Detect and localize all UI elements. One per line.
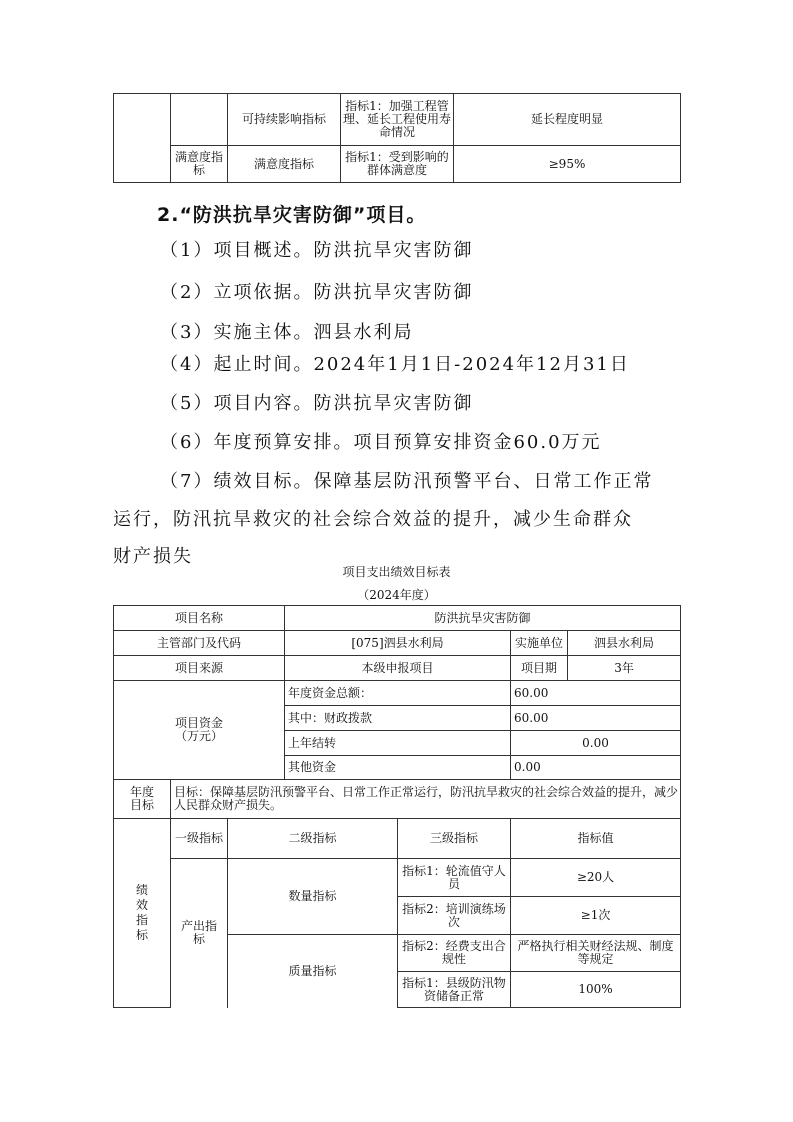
indicator-value: ≥1次 — [511, 897, 681, 935]
dept-label: 主管部门及代码 — [114, 631, 285, 656]
value-cell: ≥95% — [454, 146, 681, 183]
header-level1: 一级指标 — [171, 819, 228, 859]
funds-total-value: 60.00 — [511, 681, 681, 706]
item-goal-line1: （7）绩效目标。保障基层防汛预警平台、日常工作正常 — [160, 467, 653, 493]
funds-other-value: 0.00 — [511, 756, 681, 780]
period-value: 3年 — [568, 656, 681, 681]
level2-cell: 满意度指标 — [228, 146, 341, 183]
indicator-value: 严格执行相关财经法规、制度等规定 — [511, 935, 681, 972]
top-indicator-table: 可持续影响指标 指标1：加强工程管理、延长工程使用寿命情况 延长程度明显 满意度… — [113, 93, 681, 183]
funds-label-line2: （万元） — [116, 730, 282, 743]
indicator-level3: 指标2：培训演练场次 — [398, 897, 511, 935]
indicator-level3: 指标2：经费支出合规性 — [398, 935, 511, 972]
source-label: 项目来源 — [114, 656, 285, 681]
item-basis: （2）立项依据。防洪抗旱灾害防御 — [160, 278, 473, 304]
level2-cell: 可持续影响指标 — [228, 94, 341, 146]
project-name-label: 项目名称 — [114, 606, 285, 631]
goal-text: 目标：保障基层防汛预警平台、日常工作正常运行，防汛抗旱救灾的社会综合效益的提升，… — [171, 780, 681, 819]
item-period: （4）起止时间。2024年1月1日-2024年12月31日 — [160, 350, 630, 376]
performance-target-table: 项目名称 防洪抗旱灾害防御 主管部门及代码 [075]泗县水利局 实施单位 泗县… — [113, 605, 681, 1008]
table-subtitle: （2024年度） — [0, 586, 793, 603]
perf-label-cell — [114, 94, 171, 183]
section-heading: 2.“防洪抗旱灾害防御”项目。 — [157, 200, 426, 227]
project-name-value: 防洪抗旱灾害防御 — [285, 606, 681, 631]
perf-indicator-label: 绩效指标 — [114, 819, 171, 1008]
header-level2: 二级指标 — [228, 819, 398, 859]
value-cell: 延长程度明显 — [454, 94, 681, 146]
item-goal-line2: 运行，防汛抗旱救灾的社会综合效益的提升，减少生命群众 — [113, 505, 633, 531]
item-overview: （1）项目概述。防洪抗旱灾害防御 — [160, 236, 473, 262]
item-content: （5）项目内容。防洪抗旱灾害防御 — [160, 389, 473, 415]
level1-cell-empty — [171, 94, 228, 146]
item-budget: （6）年度预算安排。项目预算安排资金60.0万元 — [160, 428, 602, 454]
output-indicator-label: 产出指标 — [171, 859, 228, 1008]
level3-cell: 指标1：受到影响的群体满意度 — [341, 146, 454, 183]
quality-indicator-label: 质量指标 — [228, 935, 398, 1008]
output-indicator-text: 产出指标 — [180, 920, 218, 946]
goal-label-line2: 目标 — [116, 799, 168, 812]
level1-cell: 满意度指标 — [171, 146, 228, 183]
level3-cell: 指标1：加强工程管理、延长工程使用寿命情况 — [341, 94, 454, 146]
goal-label: 年度 目标 — [114, 780, 171, 819]
funds-label: 项目资金 （万元） — [114, 681, 285, 780]
indicator-value: 100% — [511, 972, 681, 1008]
indicator-level3: 指标1：轮流值守人员 — [398, 859, 511, 897]
funds-fiscal-label: 其中：财政拨款 — [285, 706, 511, 731]
indicator-value: ≥20人 — [511, 859, 681, 897]
funds-fiscal-value: 60.00 — [511, 706, 681, 731]
funds-total-label: 年度资金总额： — [285, 681, 511, 706]
perf-indicator-text: 绩效指标 — [135, 883, 149, 943]
item-implementer: （3）实施主体。泗县水利局 — [160, 318, 413, 344]
impl-label: 实施单位 — [511, 631, 568, 656]
period-label: 项目期 — [511, 656, 568, 681]
header-value: 指标值 — [511, 819, 681, 859]
funds-carryover-label: 上年结转 — [285, 731, 511, 756]
header-level3: 三级指标 — [398, 819, 511, 859]
funds-carryover-value: 0.00 — [511, 731, 681, 756]
source-value: 本级申报项目 — [285, 656, 511, 681]
quantity-indicator-label: 数量指标 — [228, 859, 398, 935]
impl-value: 泗县水利局 — [568, 631, 681, 656]
dept-value: [075]泗县水利局 — [285, 631, 511, 656]
table-title: 项目支出绩效目标表 — [0, 563, 793, 580]
indicator-level3: 指标1：县级防汛物资储备正常 — [398, 972, 511, 1008]
funds-other-label: 其他资金 — [285, 756, 511, 780]
